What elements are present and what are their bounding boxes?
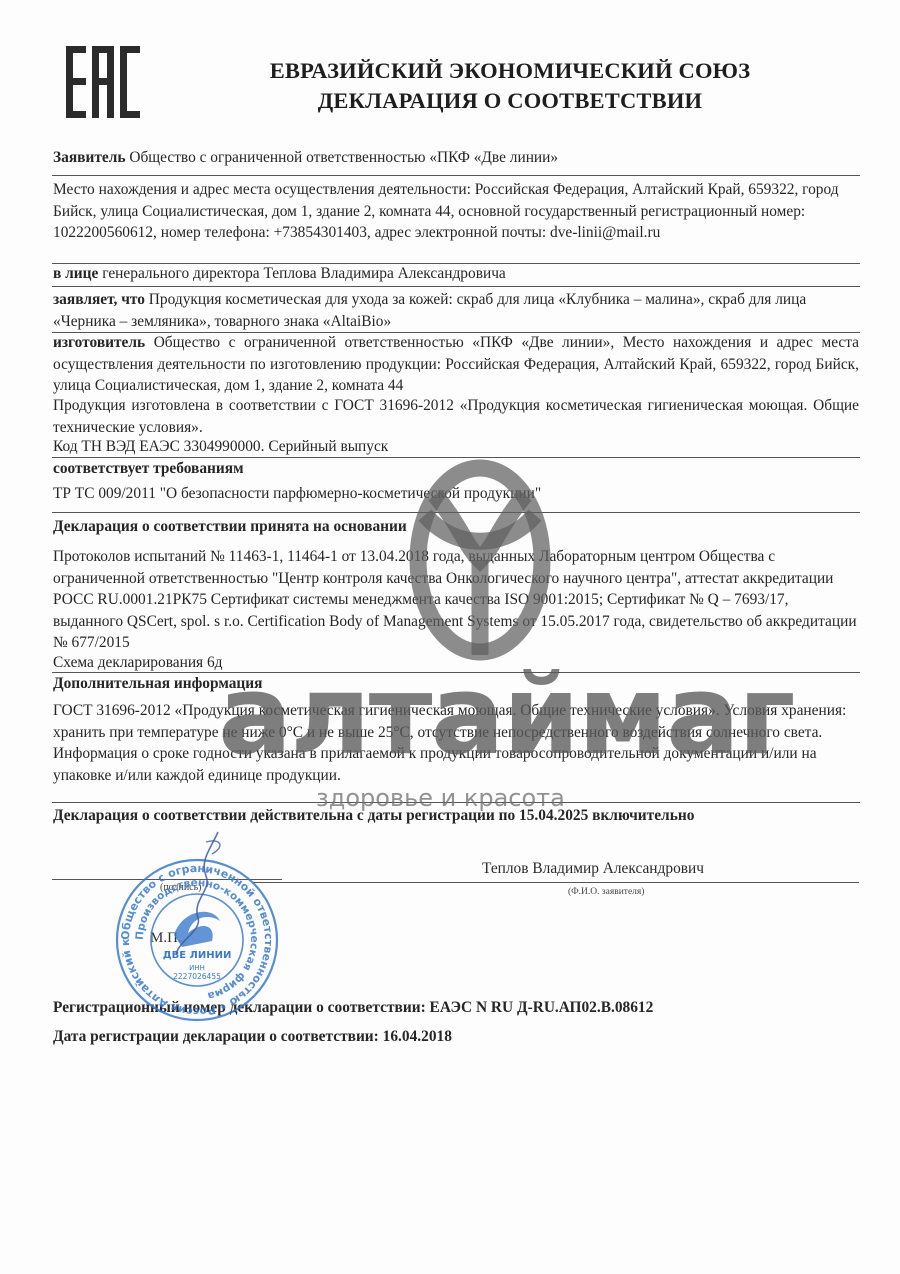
manufacturer-section: изготовитель Общество с ограниченной отв… bbox=[53, 332, 859, 397]
stamp-brand-text: ДВЕ ЛИНИИ bbox=[163, 950, 232, 961]
signer-caption: (Ф.И.О. заявителя) bbox=[568, 887, 644, 897]
basis-heading: Декларация о соответствии принята на осн… bbox=[53, 516, 859, 538]
svg-text:ИНН: ИНН bbox=[189, 964, 205, 972]
title-line-declaration: ДЕКЛАРАЦИЯ О СООТВЕТСТВИИ bbox=[170, 86, 850, 116]
applicant-section: Заявитель Общество с ограниченной ответс… bbox=[53, 147, 859, 169]
manufacturer-value: Общество с ограниченной ответственностью… bbox=[53, 334, 859, 394]
registration-date: Дата регистрации декларации о соответств… bbox=[53, 1026, 859, 1048]
applicant-label: Заявитель bbox=[53, 149, 126, 166]
document-title: ЕВРАЗИЙСКИЙ ЭКОНОМИЧЕСКИЙ СОЮЗ ДЕКЛАРАЦИ… bbox=[170, 56, 850, 116]
applicant-address: Место нахождения и адрес места осуществл… bbox=[53, 179, 859, 244]
signer-name-line bbox=[253, 882, 859, 883]
declares-section: заявляет, что Продукция косметическая дл… bbox=[53, 289, 859, 332]
additional-heading: Дополнительная информация bbox=[53, 673, 859, 695]
manufacturer-code: Код ТН ВЭД ЕАЭС 3304990000. Серийный вып… bbox=[53, 436, 859, 458]
divider bbox=[52, 512, 860, 513]
applicant-value: Общество с ограниченной ответственностью… bbox=[129, 149, 558, 166]
handwritten-signature bbox=[140, 830, 260, 970]
registration-number: Регистрационный номер декларации о соотв… bbox=[53, 997, 859, 1019]
svg-text:2227026455: 2227026455 bbox=[173, 972, 221, 981]
additional-value: ГОСТ 31696-2012 «Продукция косметическая… bbox=[53, 700, 859, 786]
validity-text: Декларация о соответствии действительна … bbox=[53, 805, 859, 827]
declaration-scheme: Схема декларирования 6д bbox=[53, 652, 859, 674]
manufacturer-standard: Продукция изготовлена в соответствии с Г… bbox=[53, 395, 859, 438]
signer-name: Теплов Владимир Александрович bbox=[482, 860, 704, 878]
divider bbox=[52, 175, 860, 176]
basis-value: Протоколов испытаний № 11463-1, 11464-1 … bbox=[53, 546, 859, 654]
divider bbox=[52, 802, 860, 803]
requirements-value: ТР ТС 009/2011 "О безопасности парфюмерн… bbox=[53, 483, 859, 505]
title-line-union: ЕВРАЗИЙСКИЙ ЭКОНОМИЧЕСКИЙ СОЮЗ bbox=[170, 56, 850, 86]
manufacturer-label: изготовитель bbox=[53, 334, 145, 351]
requirements-heading: соответствует требованиям bbox=[53, 458, 859, 480]
divider bbox=[52, 286, 860, 287]
declares-value: Продукция косметическая для ухода за кож… bbox=[53, 291, 806, 330]
declaration-page: ЕВРАЗИЙСКИЙ ЭКОНОМИЧЕСКИЙ СОЮЗ ДЕКЛАРАЦИ… bbox=[0, 0, 900, 1274]
seal-label: М.П. bbox=[150, 930, 182, 947]
represented-by-label: в лице bbox=[53, 265, 98, 282]
signature-caption: (подпись) bbox=[160, 882, 202, 893]
represented-by-section: в лице генерального директора Теплова Вл… bbox=[53, 263, 859, 285]
eac-logo-icon bbox=[64, 44, 142, 120]
signature-line bbox=[52, 879, 282, 880]
represented-by-value: генерального директора Теплова Владимира… bbox=[102, 265, 506, 282]
declares-label: заявляет, что bbox=[53, 291, 145, 308]
